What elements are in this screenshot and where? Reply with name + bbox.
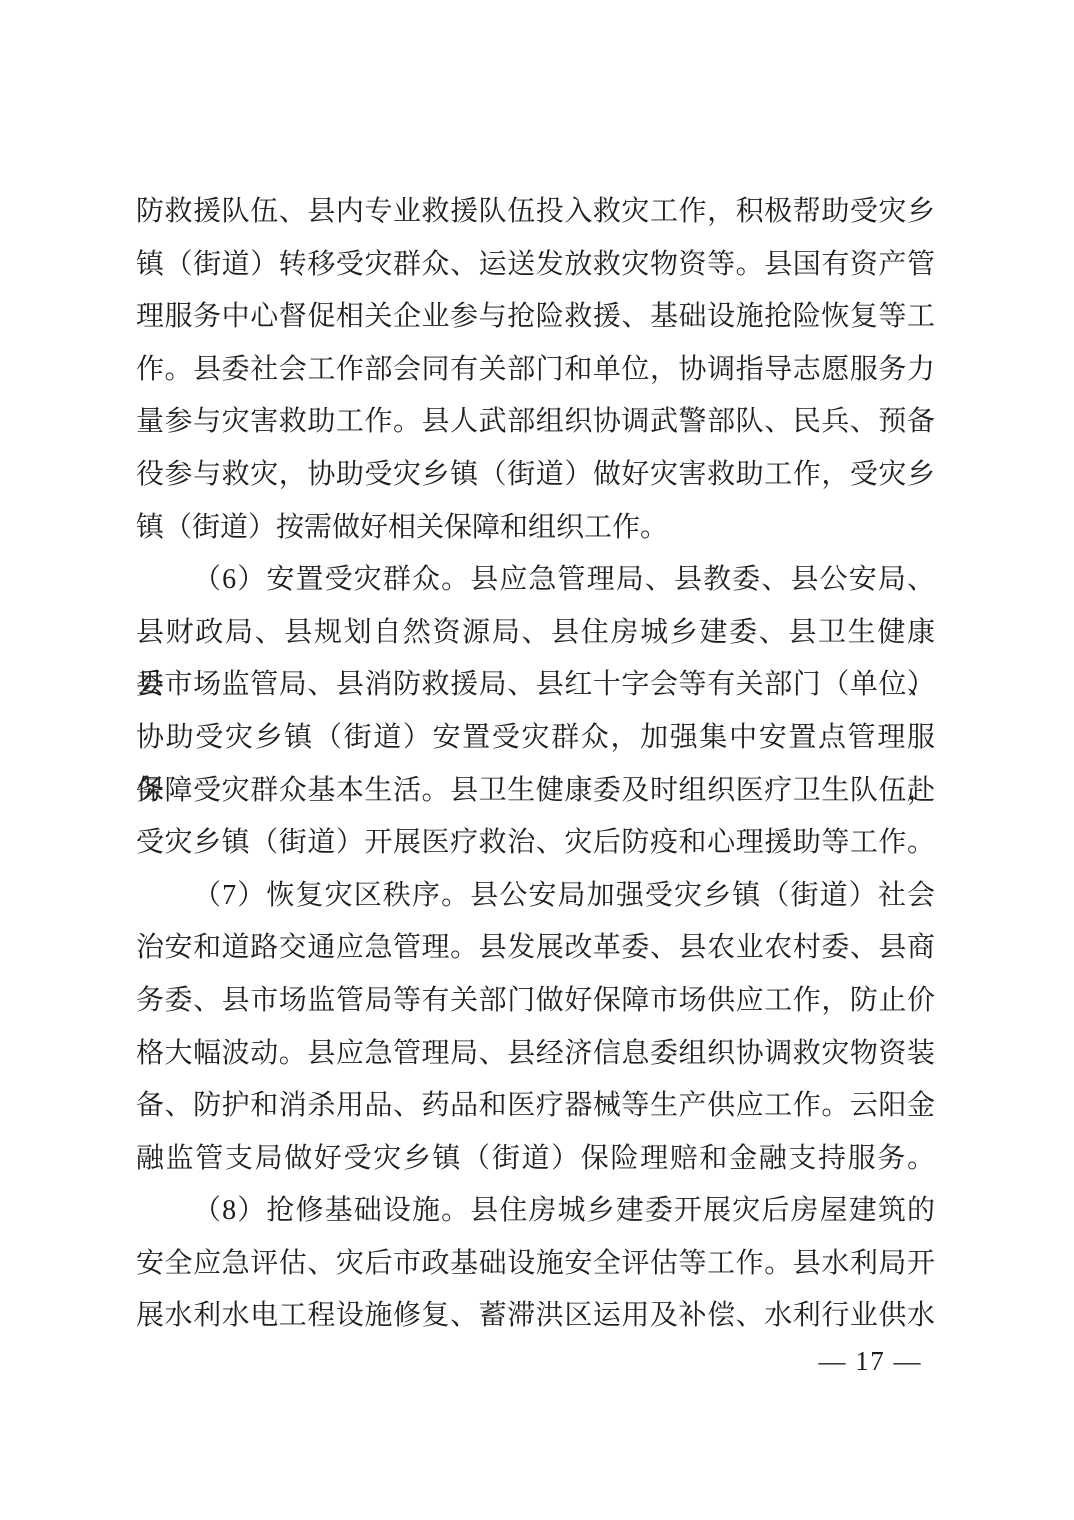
text-line: 作。县委社会工作部会同有关部门和单位，协调指导志愿服务力 [136,344,935,397]
text-line: 防救援队伍、县内专业救援队伍投入救灾工作，积极帮助受灾乡 [136,186,935,239]
text-line: 保障受灾群众基本生活。县卫生健康委及时组织医疗卫生队伍赴 [136,765,935,818]
text-line: 量参与灾害救助工作。县人武部组织协调武警部队、民兵、预备 [136,396,935,449]
text-line: 镇（街道）按需做好相关保障和组织工作。 [136,502,935,555]
text-line: 县财政局、县规划自然资源局、县住房城乡建委、县卫生健康委、 [136,607,935,660]
paragraph-continuation: 防救援队伍、县内专业救援队伍投入救灾工作，积极帮助受灾乡 镇（街道）转移受灾群众… [136,186,935,554]
text-line: （6）安置受灾群众。县应急管理局、县教委、县公安局、 [136,554,935,607]
text-line: 受灾乡镇（街道）开展医疗救治、灾后防疫和心理援助等工作。 [136,817,935,870]
text-line: 备、防护和消杀用品、药品和医疗器械等生产供应工作。云阳金 [136,1080,935,1133]
text-line: 镇（街道）转移受灾群众、运送发放救灾物资等。县国有资产管 [136,239,935,292]
text-line: 协助受灾乡镇（街道）安置受灾群众，加强集中安置点管理服务， [136,712,935,765]
paragraph-item-7: （7）恢复灾区秩序。县公安局加强受灾乡镇（街道）社会 治安和道路交通应急管理。县… [136,870,935,1186]
document-page: 防救援队伍、县内专业救援队伍投入救灾工作，积极帮助受灾乡 镇（街道）转移受灾群众… [0,0,1074,1520]
text-line: 展水利水电工程设施修复、蓄滞洪区运用及补偿、水利行业供水 [136,1290,935,1343]
text-line: 务委、县市场监管局等有关部门做好保障市场供应工作，防止价 [136,975,935,1028]
text-line: 融监管支局做好受灾乡镇（街道）保险理赔和金融支持服务。 [136,1133,935,1186]
text-line: （8）抢修基础设施。县住房城乡建委开展灾后房屋建筑的 [136,1185,935,1238]
paragraph-item-8: （8）抢修基础设施。县住房城乡建委开展灾后房屋建筑的 安全应急评估、灾后市政基础… [136,1185,935,1343]
text-line: 格大幅波动。县应急管理局、县经济信息委组织协调救灾物资装 [136,1028,935,1081]
text-line: 县市场监管局、县消防救援局、县红十字会等有关部门（单位） [136,659,935,712]
text-line: 役参与救灾，协助受灾乡镇（街道）做好灾害救助工作，受灾乡 [136,449,935,502]
text-line: 安全应急评估、灾后市政基础设施安全评估等工作。县水利局开 [136,1238,935,1291]
text-line: （7）恢复灾区秩序。县公安局加强受灾乡镇（街道）社会 [136,870,935,923]
page-number: — 17 — [819,1346,923,1377]
paragraph-item-6: （6）安置受灾群众。县应急管理局、县教委、县公安局、 县财政局、县规划自然资源局… [136,554,935,870]
text-line: 治安和道路交通应急管理。县发展改革委、县农业农村委、县商 [136,922,935,975]
text-line: 理服务中心督促相关企业参与抢险救援、基础设施抢险恢复等工 [136,291,935,344]
document-body: 防救援队伍、县内专业救援队伍投入救灾工作，积极帮助受灾乡 镇（街道）转移受灾群众… [136,186,935,1343]
